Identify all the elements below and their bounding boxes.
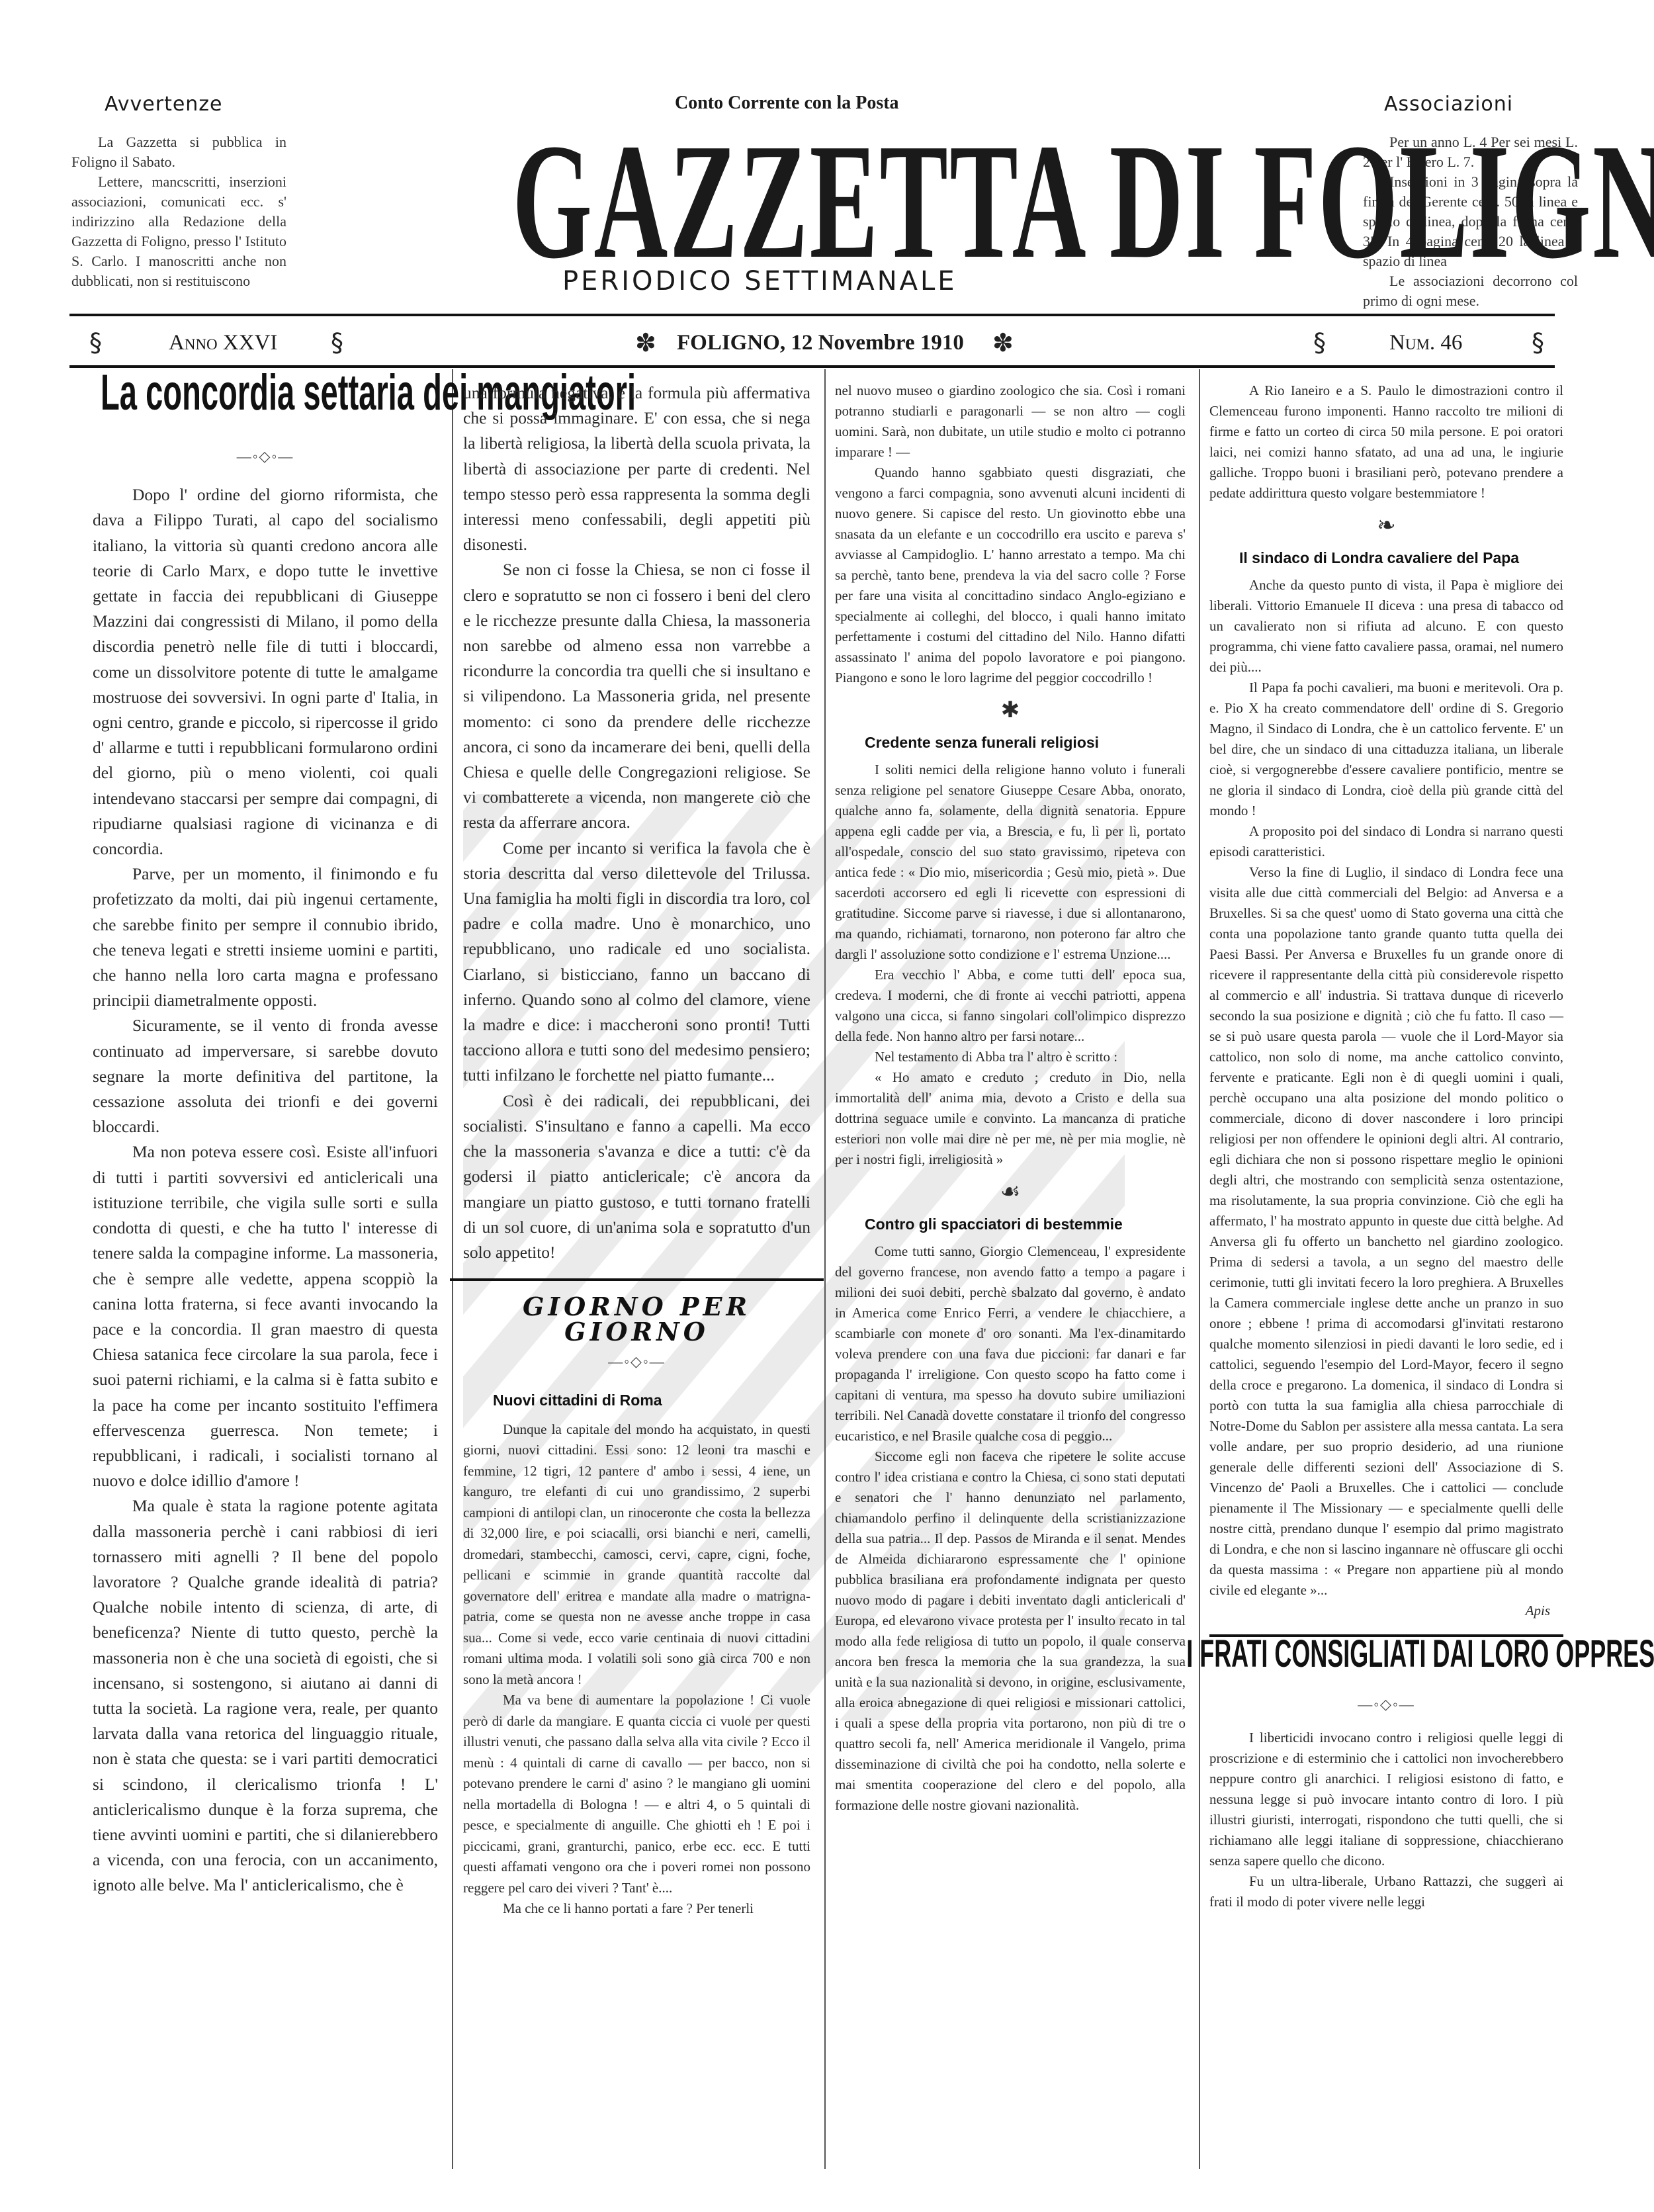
top-rule xyxy=(69,314,1555,316)
paragraph: Verso la fine di Luglio, il sindaco di L… xyxy=(1209,862,1563,1601)
paragraph: Anche da questo punto di vista, il Papa … xyxy=(1209,575,1563,678)
column-divider xyxy=(1199,369,1200,2169)
signature: Apis xyxy=(1209,1601,1550,1621)
paragraph: Dunque la capitale del mondo ha acquista… xyxy=(463,1419,810,1691)
paragraph: I liberticidi invocano contro i religios… xyxy=(1209,1728,1563,1871)
item-headline: Contro gli spacciatori di bestemmie xyxy=(865,1214,1186,1235)
dateline: § Anno XXVI § ✽ FOLIGNO, 12 Novembre 191… xyxy=(69,323,1555,364)
paragraph: A proposito poi del sindaco di Londra si… xyxy=(1209,821,1563,862)
paragraph: Sicuramente, se il vento di fronda avess… xyxy=(93,1013,438,1139)
paragraph: Così è dei radicali, dei repubblicani, d… xyxy=(463,1088,810,1265)
header-left-label: Avvertenze xyxy=(105,93,223,116)
article-headline-wrap: I FRATI CONSIGLIATI DAI LORO OPPRESSORI xyxy=(1209,1644,1563,1690)
paragraph: Siccome egli non faceva che ripetere le … xyxy=(835,1446,1186,1816)
paragraph: nel nuovo museo o giardino zoologico che… xyxy=(835,380,1186,463)
paragraph: Nel testamento di Abba tra l' altro è sc… xyxy=(835,1047,1186,1067)
paragraph: Come per incanto si verifica la favola c… xyxy=(463,836,810,1088)
section-title: GIORNO PER GIORNO xyxy=(463,1294,810,1345)
paragraph: I soliti nemici della religione hanno vo… xyxy=(835,760,1186,965)
paragraph: « Ho amato e creduto ; creduto in Dio, n… xyxy=(835,1067,1186,1170)
article-headline: La concordia settaria dei mangiatori xyxy=(101,380,429,406)
beetle-separator-icon: ☙ xyxy=(835,1182,1186,1202)
paragraph: Ma non poteva essere così. Esiste all'in… xyxy=(93,1139,438,1493)
paragraph: Dopo l' ordine del giorno riformista, ch… xyxy=(93,482,438,862)
column-4: A Rio Ianeiro e a S. Paulo le dimostrazi… xyxy=(1209,380,1563,1912)
paragraph: Ma quale è stata la ragione potente agit… xyxy=(93,1493,438,1898)
item-headline: Credente senza funerali religiosi xyxy=(865,732,1186,753)
flourish-divider: —◦◇◦— xyxy=(93,444,438,469)
flourish-divider: —◦◇◦— xyxy=(463,1349,810,1374)
scroll-ornament-icon: § xyxy=(1532,328,1544,357)
paragraph: Ma che ce li hanno portati a fare ? Per … xyxy=(463,1898,810,1920)
scroll-ornament-icon: § xyxy=(331,328,343,357)
paragraph: Il Papa fa pochi cavalieri, ma buoni e m… xyxy=(1209,678,1563,821)
item-headline: Il sindaco di Londra cavaliere del Papa xyxy=(1239,548,1563,568)
scroll-ornament-icon: § xyxy=(89,328,102,357)
paragraph: A Rio Ianeiro e a S. Paulo le dimostrazi… xyxy=(1209,380,1563,504)
column-1: La concordia settaria dei mangiatori —◦◇… xyxy=(93,380,438,1898)
paragraph: Come tutti sanno, Giorgio Clemenceau, l'… xyxy=(835,1241,1186,1446)
column-divider xyxy=(824,369,826,2169)
paragraph: una formula negativa, è la formula più a… xyxy=(463,380,810,557)
item-headline: Nuovi cittadini di Roma xyxy=(493,1388,810,1413)
paragraph: Se non ci fosse la Chiesa, se non ci fos… xyxy=(463,557,810,835)
column-divider xyxy=(452,369,453,2169)
avvertenze-text: La Gazzetta si pubblica in Foligno il Sa… xyxy=(71,132,286,172)
avvertenze-box: La Gazzetta si pubblica in Foligno il Sa… xyxy=(71,132,286,291)
article-headline: I FRATI CONSIGLIATI DAI LORO OPPRESSORI xyxy=(1186,1644,1587,1664)
paragraph: Era vecchio l' Abba, e come tutti dell' … xyxy=(835,965,1186,1047)
flower-ornament-icon: ✽ xyxy=(992,328,1014,357)
flourish-divider: —◦◇◦— xyxy=(1209,1694,1563,1714)
issue-date: FOLIGNO, 12 Novembre 1910 xyxy=(677,331,964,355)
paragraph: Quando hanno sgabbiato questi disgraziat… xyxy=(835,463,1186,688)
scroll-ornament-icon: § xyxy=(1313,328,1326,357)
year-label: Anno XXVI xyxy=(169,331,277,355)
section-rule xyxy=(450,1278,824,1281)
article-headline-wrap: La concordia settaria dei mangiatori xyxy=(93,380,438,440)
avvertenze-text: Lettere, mancscritti, inserzioni associa… xyxy=(71,172,286,291)
column-2: una formula negativa, è la formula più a… xyxy=(463,380,810,1920)
issue-number: Num. 46 xyxy=(1389,331,1462,355)
column-3: nel nuovo museo o giardino zoologico che… xyxy=(835,380,1186,1816)
paragraph: Parve, per un momento, il finimondo e fu… xyxy=(93,862,438,1013)
newspaper-title: GAZZETTA DI FOLIGNO xyxy=(512,122,1152,281)
paragraph: Fu un ultra-liberale, Urbano Rattazzi, c… xyxy=(1209,1871,1563,1912)
paragraph: Ma va bene di aumentare la popolazione !… xyxy=(463,1690,810,1898)
flower-ornament-icon: ✽ xyxy=(635,328,656,357)
snail-separator-icon: ❧ xyxy=(1209,515,1563,536)
newspaper-subtitle: PERIODICO SETTIMANALE xyxy=(562,266,957,296)
star-separator-icon: ✱ xyxy=(835,700,1186,721)
